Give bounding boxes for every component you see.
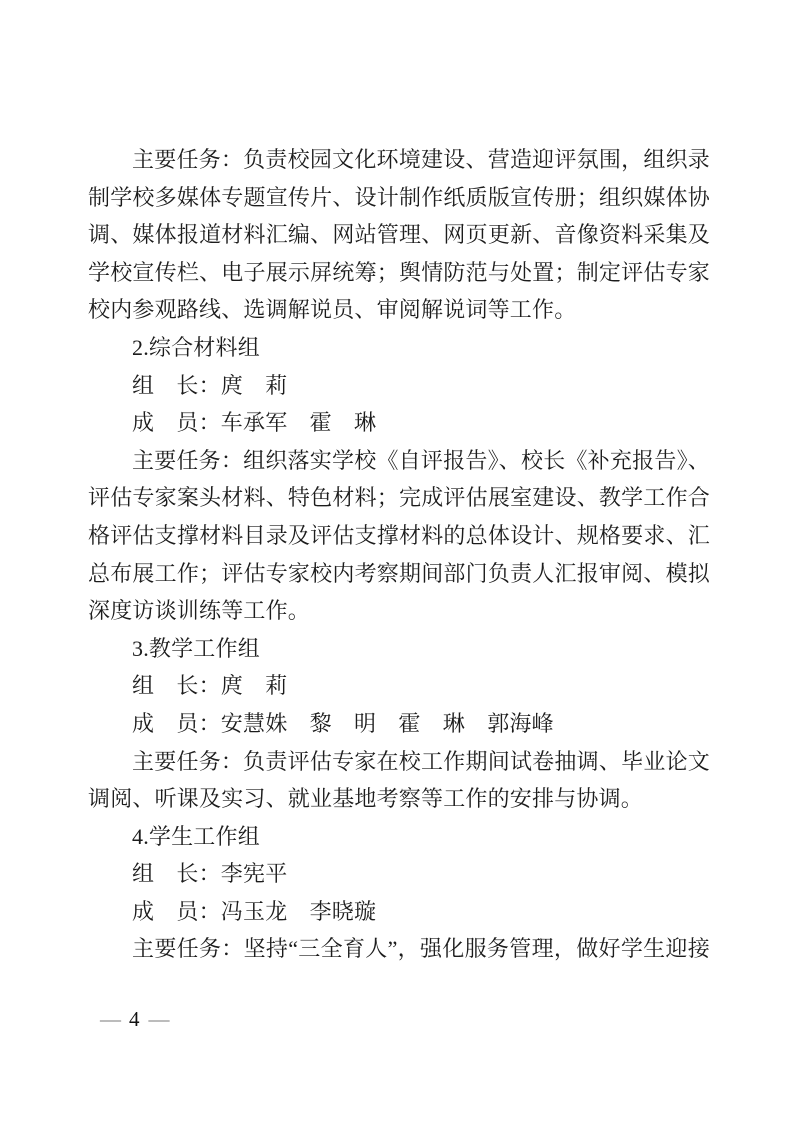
page-number-dash-left: —: [100, 1006, 120, 1032]
page-number: — 4 —: [100, 1006, 169, 1032]
group-section-materials: 2.综合材料组 组 长：庹 莉 成 员：车承军 霍 琳 主要任务：组织落实学校《…: [88, 329, 710, 630]
group-members-line: 成 员：车承军 霍 琳: [88, 404, 710, 442]
group-members-line: 成 员：安慧姝 黎 明 霍 琳 郭海峰: [88, 705, 710, 743]
document-page: 主要任务：负责校园文化环境建设、营造迎评氛围，组织录制学校多媒体专题宣传片、设计…: [0, 0, 794, 1123]
group-members-line: 成 员：冯玉龙 李晓璇: [88, 893, 710, 931]
group-heading: 3.教学工作组: [88, 630, 710, 668]
page-number-dash-right: —: [149, 1006, 169, 1032]
page-number-value: 4: [129, 1006, 140, 1032]
group-heading: 2.综合材料组: [88, 329, 710, 367]
media-group-tasks-paragraph: 主要任务：负责校园文化环境建设、营造迎评氛围，组织录制学校多媒体专题宣传片、设计…: [88, 141, 710, 329]
group-leader-line: 组 长：李宪平: [88, 855, 710, 893]
group-heading: 4.学生工作组: [88, 818, 710, 856]
group-tasks-paragraph: 主要任务：负责评估专家在校工作期间试卷抽调、毕业论文调阅、听课及实习、就业基地考…: [88, 743, 710, 818]
document-body: 主要任务：负责校园文化环境建设、营造迎评氛围，组织录制学校多媒体专题宣传片、设计…: [88, 141, 710, 968]
group-tasks-paragraph: 主要任务：组织落实学校《自评报告》、校长《补充报告》、评估专家案头材料、特色材料…: [88, 442, 710, 630]
group-section-students: 4.学生工作组 组 长：李宪平 成 员：冯玉龙 李晓璇 主要任务：坚持“三全育人…: [88, 818, 710, 968]
group-section-teaching: 3.教学工作组 组 长：庹 莉 成 员：安慧姝 黎 明 霍 琳 郭海峰 主要任务…: [88, 630, 710, 818]
group-leader-line: 组 长：庹 莉: [88, 367, 710, 405]
group-leader-line: 组 长：庹 莉: [88, 667, 710, 705]
group-tasks-paragraph: 主要任务：坚持“三全育人”，强化服务管理，做好学生迎接: [88, 930, 710, 968]
